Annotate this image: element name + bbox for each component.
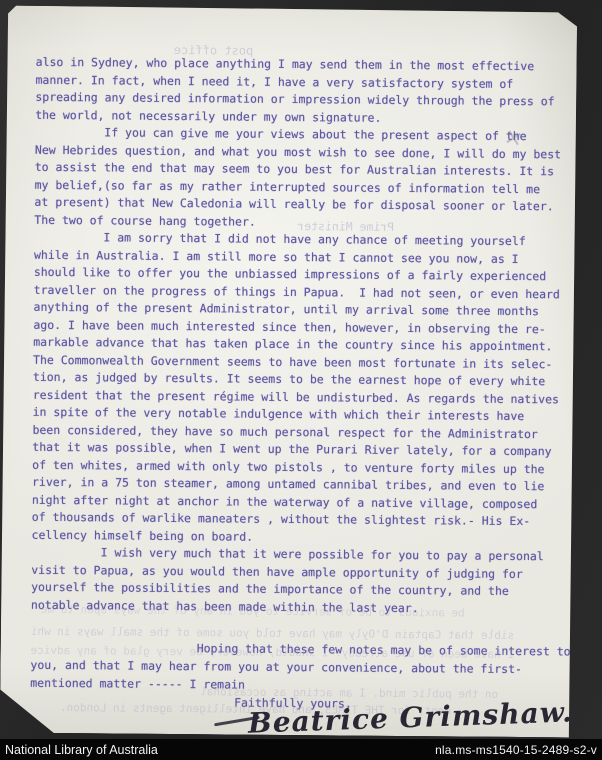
letter-page: also in Sydney, who place anything I may…: [0, 6, 578, 738]
bleedthrough-text: Prime Minister: [297, 219, 394, 234]
caption-bar: National Library of Australia nla.ms-ms1…: [0, 739, 602, 760]
library-name-text: National Library of Australia: [5, 743, 158, 757]
scan-background: also in Sydney, who place anything I may…: [0, 0, 602, 739]
bleedthrough-text: be anxious to be of service to you in an…: [41, 603, 465, 620]
bleedthrough-layer: post officePrime Ministerbe anxious to b…: [6, 6, 578, 11]
bleedthrough-text: on the public mind. I am acting as occas…: [200, 685, 498, 701]
bleedthrough-text: post office: [174, 43, 254, 58]
catalogue-id-text: nla.ms-ms1540-15-2489-s2-v: [435, 743, 597, 757]
letter-body: also in Sydney, who place anything I may…: [31, 54, 562, 619]
